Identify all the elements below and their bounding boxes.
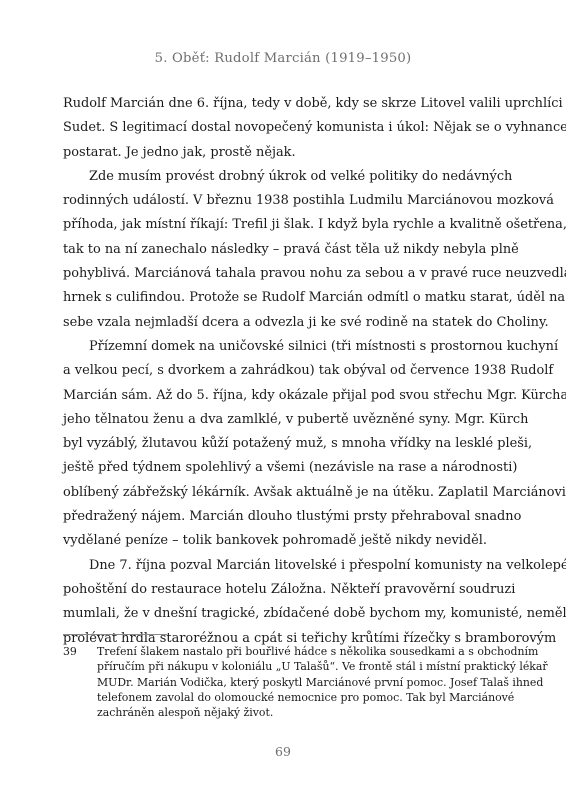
text-line: Rudolf Marcián dne 6. října, tedy v době…	[63, 92, 509, 116]
text-line: a velkou pecí, s dvorkem a zahrádkou) ta…	[63, 359, 509, 383]
page-number: 69	[0, 744, 566, 759]
text-line: sebe vzala nejmladší dcera a odvezla ji …	[63, 311, 509, 335]
paragraph-2: Zde musím provést drobný úkrok od velké …	[63, 165, 509, 335]
text-line-with-footnote: příhoda, jak místní říkají: Trefil ji šl…	[63, 213, 509, 237]
paragraph-3: Přízemní domek na uničovské silnici (tři…	[63, 335, 509, 554]
paragraph-4: Dne 7. října pozval Marcián litovelské i…	[63, 554, 509, 651]
text-line: Sudet. S legitimací dostal novopečený ko…	[63, 116, 509, 140]
footnote-text: Trefení šlakem nastalo při bouřlivé hádc…	[97, 644, 509, 720]
text-segment: příhoda, jak místní říkají: Trefil ji šl…	[63, 217, 566, 232]
text-line: vydělané peníze – tolik bankovek pohroma…	[63, 529, 509, 553]
paragraph-1: Rudolf Marcián dne 6. října, tedy v době…	[63, 92, 509, 165]
text-line: Zde musím provést drobný úkrok od velké …	[63, 165, 509, 189]
text-line: rodinných událostí. V březnu 1938 postih…	[63, 189, 509, 213]
text-line: předražený nájem. Marcián dlouho tlustým…	[63, 505, 509, 529]
footnote-line: MUDr. Marián Vodička, který poskytl Marc…	[97, 675, 509, 690]
text-line: byl vyzáblý, žlutavou kůží potažený muž,…	[63, 432, 509, 456]
footnote-number: 39	[63, 644, 77, 659]
footnote-divider	[63, 634, 167, 635]
text-line: jeho tělnatou ženu a dva zamlklé, v pube…	[63, 408, 509, 432]
text-line: tak to na ní zanechalo následky – pravá …	[63, 238, 509, 262]
text-line: postarat. Je jedno jak, prostě nějak.	[63, 141, 509, 165]
footnote-line: příručím při nákupu v koloniálu „U Talaš…	[97, 659, 509, 674]
footnote-line: zachráněn alespoň nějaký život.	[97, 705, 509, 720]
footnote-line: telefonem zavolal do olomoucké nemocnice…	[97, 690, 509, 705]
text-line: pohyblivá. Marciánová tahala pravou nohu…	[63, 262, 509, 286]
text-line: pohoštění do restaurace hotelu Záložna. …	[63, 578, 509, 602]
text-line: hrnek s culifindou. Protože se Rudolf Ma…	[63, 286, 509, 310]
text-line: Přízemní domek na uničovské silnici (tři…	[63, 335, 509, 359]
text-line: mumlali, že v dnešní tragické, zbídačené…	[63, 602, 509, 626]
body-text: Rudolf Marcián dne 6. října, tedy v době…	[63, 92, 509, 651]
text-line: oblíbený zábřežský lékárník. Avšak aktuá…	[63, 481, 509, 505]
text-line: ještě před týdnem spolehlivý a všemi (ne…	[63, 456, 509, 480]
footnote-line: Trefení šlakem nastalo při bouřlivé hádc…	[97, 644, 509, 659]
text-line: Marcián sám. Až do 5. října, kdy okázale…	[63, 384, 509, 408]
running-head: 5. Oběť: Rudolf Marcián (1919–1950)	[0, 51, 566, 66]
text-line: Dne 7. října pozval Marcián litovelské i…	[63, 554, 509, 578]
